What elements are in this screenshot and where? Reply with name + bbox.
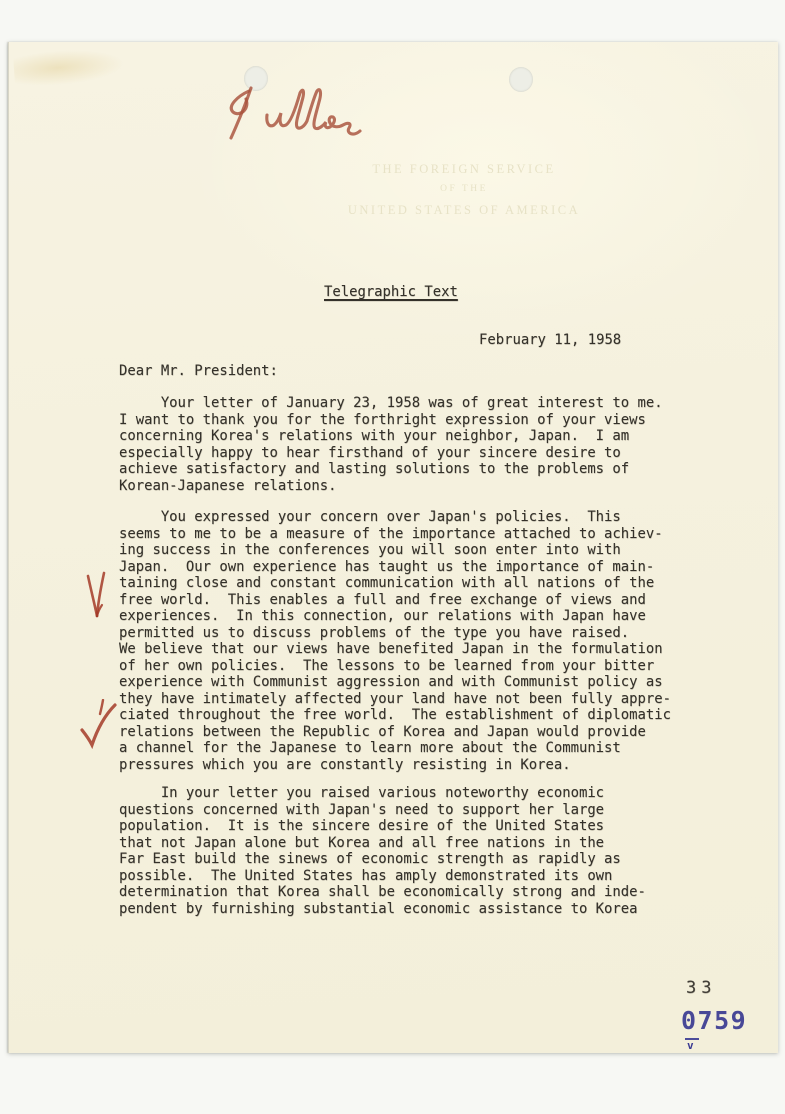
paper-stain [13,46,125,88]
letter-page: THE FOREIGN SERVICE OF THE UNITED STATES… [8,42,778,1053]
page-number: 33 [686,978,716,998]
document-title: Telegraphic Text [324,284,458,300]
document-scan: { "scan": { "paper_color": "#f5f1de", "i… [0,0,785,1114]
paragraph-2: You expressed your concern over Japan's … [119,509,671,773]
stamp-check-mark: v [687,1039,694,1052]
paragraph-1: Your letter of January 23, 1958 was of g… [119,395,663,494]
handwritten-signature-dulles-icon [217,84,375,152]
red-checkmark-icon [83,571,109,623]
letterhead: THE FOREIGN SERVICE OF THE UNITED STATES… [299,158,629,221]
archive-stamp-number: 0759 [681,1006,747,1035]
letterhead-line-1: THE FOREIGN SERVICE [299,158,629,180]
letterhead-line-3: UNITED STATES OF AMERICA [299,199,629,221]
red-checkmark-icon [75,699,119,751]
paragraph-3: In your letter you raised various notewo… [119,785,646,917]
hole-punch-right [509,67,533,92]
date-line: February 11, 1958 [479,332,621,348]
letterhead-line-2: OF THE [299,180,629,199]
salutation: Dear Mr. President: [119,363,278,379]
